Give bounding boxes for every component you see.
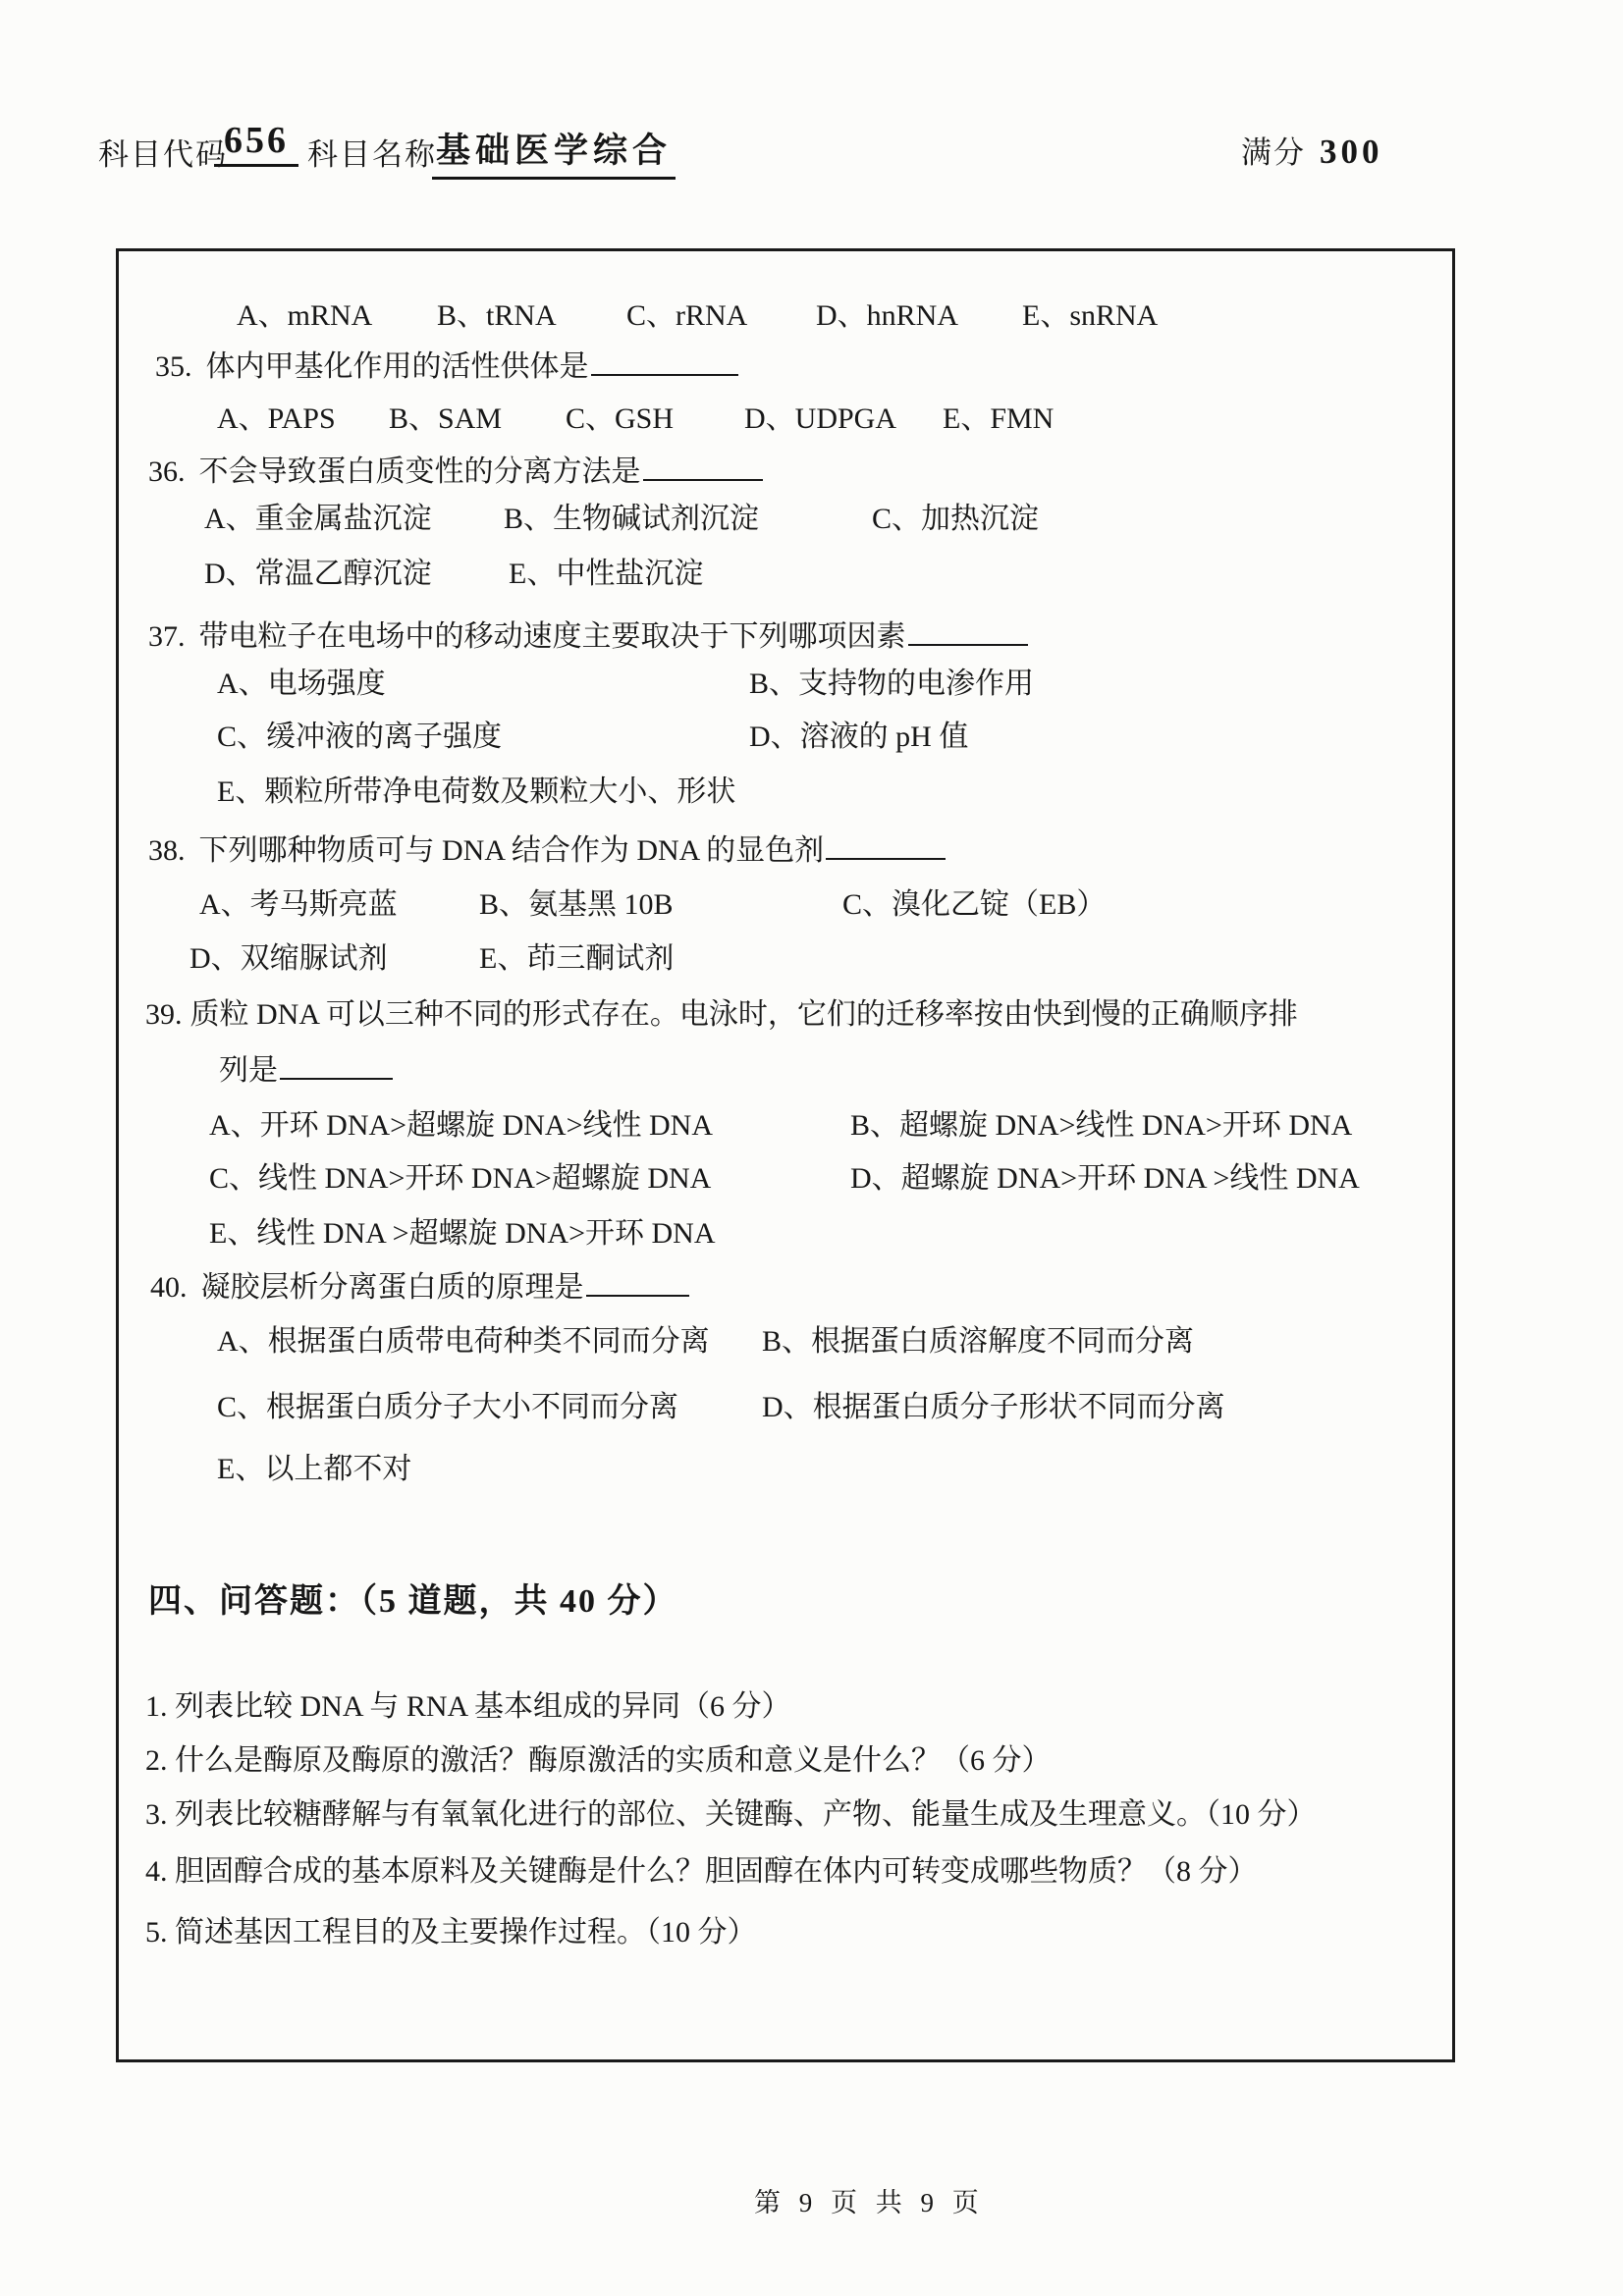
option: C、根据蛋白质分子大小不同而分离: [217, 1382, 678, 1425]
option: D、双缩脲试剂: [189, 934, 388, 977]
option: E、FMN: [943, 394, 1054, 437]
carryover-options-row: A、mRNA B、tRNA C、rRNA D、hnRNA E、snRNA: [119, 291, 1452, 336]
subject-code-label: 科目代码: [98, 130, 228, 174]
essay-question-1: 1. 列表比较 DNA 与 RNA 基本组成的异同（6 分）: [119, 1682, 1452, 1727]
option: C、线性 DNA>开环 DNA>超螺旋 DNA: [209, 1153, 711, 1197]
question-stem: 凝胶层析分离蛋白质的原理是: [201, 1271, 584, 1304]
question-40-options-row3: E、以上都不对: [119, 1444, 1452, 1489]
question-38-stem: 38.下列哪种物质可与 DNA 结合作为 DNA 的显色剂: [119, 826, 1452, 871]
option: E、线性 DNA >超螺旋 DNA>开环 DNA: [209, 1208, 716, 1252]
option: A、电场强度: [217, 659, 386, 702]
essay-question-5: 5. 简述基因工程目的及主要操作过程。（10 分）: [119, 1907, 1452, 1952]
exam-paper-page: 科目代码 656 科目名称 基础医学综合 满分300 A、mRNA B、tRNA…: [0, 0, 1623, 2296]
subject-name-label: 科目名称: [307, 130, 437, 174]
question-40-options-row2: C、根据蛋白质分子大小不同而分离 D、根据蛋白质分子形状不同而分离: [119, 1382, 1452, 1427]
option: D、根据蛋白质分子形状不同而分离: [762, 1382, 1225, 1425]
subject-name-value: 基础医学综合: [432, 124, 676, 180]
answer-blank: [586, 1267, 689, 1298]
question-35-stem: 35.体内甲基化作用的活性供体是: [119, 342, 1452, 387]
option: C、GSH: [566, 394, 674, 437]
option: A、重金属盐沉淀: [204, 494, 432, 537]
option: A、开环 DNA>超螺旋 DNA>线性 DNA: [209, 1100, 713, 1144]
question-number: 36.: [148, 455, 186, 488]
answer-blank: [591, 347, 738, 377]
option: D、超螺旋 DNA>开环 DNA >线性 DNA: [850, 1153, 1360, 1197]
question-40-stem: 40.凝胶层析分离蛋白质的原理是: [119, 1262, 1452, 1308]
question-39-stem-line1: 39.质粒 DNA 可以三种不同的形式存在。电泳时，它们的迁移率按由快到慢的正确…: [119, 989, 1452, 1035]
question-37-options-row1: A、电场强度 B、支持物的电渗作用: [119, 659, 1452, 704]
option: B、tRNA: [437, 291, 557, 334]
option: E、以上都不对: [217, 1444, 411, 1487]
option: B、氨基黑 10B: [479, 880, 674, 923]
question-area-border: A、mRNA B、tRNA C、rRNA D、hnRNA E、snRNA 35.…: [116, 248, 1455, 2062]
question-number: 40.: [150, 1271, 188, 1304]
question-37-options-row3: E、颗粒所带净电荷数及颗粒大小、形状: [119, 767, 1452, 812]
option: C、溴化乙锭（EB）: [842, 880, 1106, 923]
question-39-options-row2: C、线性 DNA>开环 DNA>超螺旋 DNA D、超螺旋 DNA>开环 DNA…: [119, 1153, 1452, 1199]
option: E、颗粒所带净电荷数及颗粒大小、形状: [217, 767, 735, 810]
question-stem: 下列哪种物质可与 DNA 结合作为 DNA 的显色剂: [199, 834, 825, 867]
question-37-options-row2: C、缓冲液的离子强度 D、溶液的 pH 值: [119, 712, 1452, 757]
essay-question-text: 1. 列表比较 DNA 与 RNA 基本组成的异同（6 分）: [145, 1682, 791, 1725]
question-36-options-row2: D、常温乙醇沉淀 E、中性盐沉淀: [119, 549, 1452, 594]
option: B、超螺旋 DNA>线性 DNA>开环 DNA: [850, 1100, 1352, 1144]
question-number: 37.: [148, 620, 186, 653]
option: E、中性盐沉淀: [509, 549, 703, 592]
option: D、UDPGA: [744, 394, 896, 437]
full-score-value: 300: [1320, 133, 1383, 171]
answer-blank: [643, 452, 763, 482]
essay-question-text: 2. 什么是酶原及酶原的激活？酶原激活的实质和意义是什么？（6 分）: [145, 1735, 1052, 1779]
question-stem: 质粒 DNA 可以三种不同的形式存在。电泳时，它们的迁移率按由快到慢的正确顺序排: [190, 998, 1298, 1031]
option: A、mRNA: [237, 291, 372, 334]
question-39-stem-line2: 列是: [119, 1045, 1452, 1091]
answer-blank: [826, 830, 946, 861]
question-38-options-row2: D、双缩脲试剂 E、茚三酮试剂: [119, 934, 1452, 979]
section-4-title: 四、问答题：（5 道题，共 40 分）: [119, 1574, 1452, 1619]
option: D、常温乙醇沉淀: [204, 549, 432, 592]
full-score: 满分300: [1241, 128, 1383, 172]
answer-blank: [908, 616, 1028, 647]
question-stem: 体内甲基化作用的活性供体是: [206, 350, 589, 383]
question-stem: 带电粒子在电场中的移动速度主要取决于下列哪项因素: [199, 620, 906, 653]
question-38-options-row1: A、考马斯亮蓝 B、氨基黑 10B C、溴化乙锭（EB）: [119, 880, 1452, 925]
question-number: 38.: [148, 834, 186, 867]
option: A、根据蛋白质带电荷种类不同而分离: [217, 1316, 710, 1360]
option: E、snRNA: [1022, 291, 1158, 334]
answer-blank: [280, 1050, 393, 1081]
option: A、考马斯亮蓝: [199, 880, 398, 923]
question-stem: 不会导致蛋白质变性的分离方法是: [199, 455, 641, 488]
essay-question-4: 4. 胆固醇合成的基本原料及关键酶是什么？胆固醇在体内可转变成哪些物质？（8 分…: [119, 1846, 1452, 1892]
option: B、SAM: [389, 394, 502, 437]
question-36-stem: 36.不会导致蛋白质变性的分离方法是: [119, 447, 1452, 492]
option: B、根据蛋白质溶解度不同而分离: [762, 1316, 1194, 1360]
essay-question-text: 5. 简述基因工程目的及主要操作过程。（10 分）: [145, 1907, 757, 1950]
question-number: 35.: [155, 350, 192, 383]
question-number: 39.: [145, 998, 183, 1031]
full-score-label: 满分: [1241, 135, 1306, 170]
option: C、加热沉淀: [872, 494, 1039, 537]
question-37-stem: 37.带电粒子在电场中的移动速度主要取决于下列哪项因素: [119, 612, 1452, 657]
essay-question-3: 3. 列表比较糖酵解与有氧氧化进行的部位、关键酶、产物、能量生成及生理意义。（1…: [119, 1789, 1452, 1835]
essay-question-2: 2. 什么是酶原及酶原的激活？酶原激活的实质和意义是什么？（6 分）: [119, 1735, 1452, 1781]
question-35-options: A、PAPS B、SAM C、GSH D、UDPGA E、FMN: [119, 394, 1452, 439]
question-36-options-row1: A、重金属盐沉淀 B、生物碱试剂沉淀 C、加热沉淀: [119, 494, 1452, 539]
option: E、茚三酮试剂: [479, 934, 674, 977]
subject-code-value: 656: [214, 119, 298, 167]
essay-question-text: 3. 列表比较糖酵解与有氧氧化进行的部位、关键酶、产物、能量生成及生理意义。（1…: [145, 1789, 1317, 1833]
essay-question-text: 4. 胆固醇合成的基本原料及关键酶是什么？胆固醇在体内可转变成哪些物质？（8 分…: [145, 1846, 1258, 1890]
question-39-options-row3: E、线性 DNA >超螺旋 DNA>开环 DNA: [119, 1208, 1452, 1254]
question-40-options-row1: A、根据蛋白质带电荷种类不同而分离 B、根据蛋白质溶解度不同而分离: [119, 1316, 1452, 1362]
option: B、支持物的电渗作用: [749, 659, 1034, 702]
option: C、rRNA: [626, 291, 747, 334]
question-stem: 列是: [219, 1054, 278, 1087]
option: D、溶液的 pH 值: [749, 712, 968, 755]
option: C、缓冲液的离子强度: [217, 712, 502, 755]
section-title-text: 四、问答题：（5 道题，共 40 分）: [148, 1574, 678, 1622]
option: B、生物碱试剂沉淀: [504, 494, 759, 537]
page-footer: 第 9 页 共 9 页: [754, 2181, 985, 2219]
option: D、hnRNA: [816, 291, 958, 334]
option: A、PAPS: [217, 394, 336, 437]
question-39-options-row1: A、开环 DNA>超螺旋 DNA>线性 DNA B、超螺旋 DNA>线性 DNA…: [119, 1100, 1452, 1146]
